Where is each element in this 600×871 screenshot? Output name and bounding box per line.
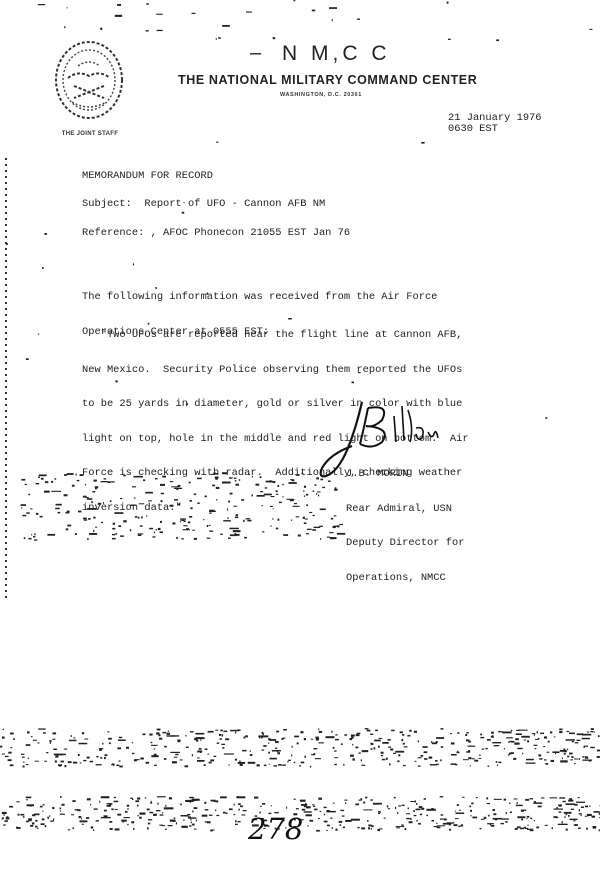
scan-noise-artifact xyxy=(0,0,600,871)
handwritten-page-number: 278 xyxy=(248,812,303,846)
memo-document: THE JOINT STAFF – N M,C C THE NATIONAL M… xyxy=(0,0,600,871)
